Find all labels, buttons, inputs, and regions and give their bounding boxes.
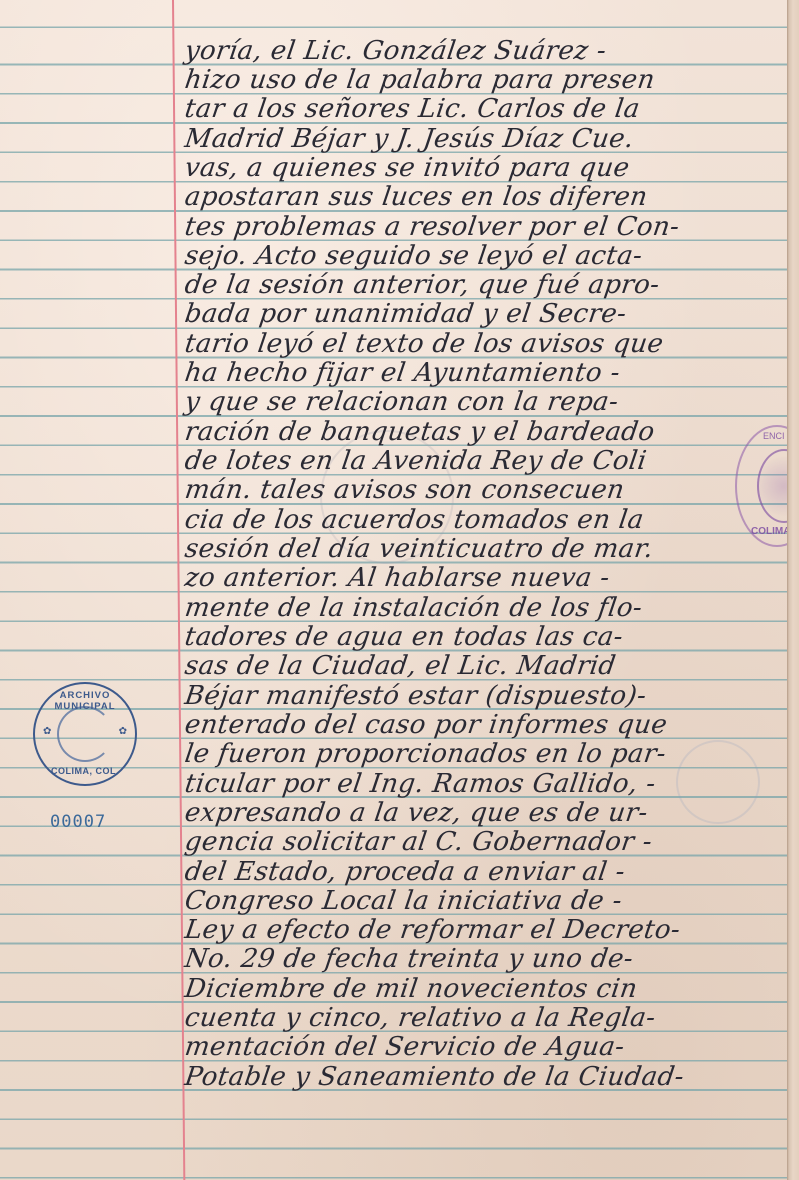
text-line: y que se relacionan con la repa-	[183, 387, 620, 417]
text-line: yoría, el Lic. González Suárez -	[183, 36, 608, 66]
text-line: gencia solicitar al C. Gobernador -	[183, 827, 654, 857]
text-line: vas, a quienes se invitó para que	[183, 153, 632, 183]
text-line: sas de la Ciudad, el Lic. Madrid	[183, 651, 618, 681]
text-line: cia de los acuerdos tomados en la	[183, 505, 646, 535]
text-line: sejo. Acto seguido se leyó el acta-	[183, 241, 645, 271]
text-line: tario leyó el texto de los avisos que	[183, 329, 666, 359]
text-line: tar a los señores Lic. Carlos de la	[183, 94, 642, 124]
flower-icon: ✿	[119, 726, 127, 737]
text-line: bada por unanimidad y el Secre-	[183, 299, 629, 329]
folio-number: 00007	[50, 812, 106, 832]
stamp-bottom-text: COLIMA, COL.	[35, 766, 135, 776]
text-line: Madrid Béjar y J. Jesús Díaz Cue.	[183, 124, 636, 154]
text-line: mentación del Servicio de Agua-	[183, 1032, 627, 1062]
text-line: Potable y Saneamiento de la Ciudad-	[183, 1062, 686, 1092]
text-line: tes problemas a resolver por el Con-	[183, 212, 682, 242]
text-line: hizo uso de la palabra para presen	[183, 65, 657, 95]
seal-top-text: ENCI	[763, 431, 785, 441]
text-line: de la sesión anterior, que fué apro-	[183, 270, 662, 300]
text-line: de lotes en la Avenida Rey de Coli	[183, 446, 649, 476]
text-line: apostaran sus luces en los diferen	[183, 182, 650, 212]
text-line: del Estado, proceda a enviar al -	[183, 857, 627, 887]
notebook-page: ARCHIVO MUNICIPAL ✿ ✿ COLIMA, COL. 00007…	[0, 0, 799, 1180]
text-line: Ley a efecto de reformar el Decreto-	[183, 915, 682, 945]
text-line: tadores de agua en todas las ca-	[183, 622, 625, 652]
stamp-inner-ring	[57, 706, 113, 762]
text-line: Béjar manifestó estar (dispuesto)-	[183, 681, 648, 711]
text-line: No. 29 de fecha treinta y uno de-	[183, 944, 635, 974]
text-line: sesión del día veinticuatro de mar.	[183, 534, 655, 564]
bleed-through-stamp	[676, 740, 760, 824]
flower-icon: ✿	[43, 726, 51, 737]
page-edge	[787, 0, 799, 1180]
text-line: cuenta y cinco, relativo a la Regla-	[183, 1003, 658, 1033]
text-line: ha hecho fijar el Ayuntamiento -	[183, 358, 622, 388]
text-line: Diciembre de mil novecientos cin	[183, 974, 639, 1004]
text-line: zo anterior. Al hablarse nueva -	[183, 563, 612, 593]
archivo-municipal-stamp: ARCHIVO MUNICIPAL ✿ ✿ COLIMA, COL.	[33, 682, 137, 786]
text-line: ticular por el Ing. Ramos Gallido, -	[183, 769, 658, 799]
text-line: mente de la instalación de los flo-	[183, 593, 644, 623]
text-line: expresando a la vez, que es de ur-	[183, 798, 650, 828]
text-line: Congreso Local la iniciativa de -	[183, 886, 624, 916]
stamp-top-text: ARCHIVO MUNICIPAL	[35, 690, 135, 712]
text-line: mán. tales avisos son consecuen	[183, 475, 627, 505]
text-line: ración de banquetas y el bardeado	[183, 417, 657, 447]
text-line: le fueron proporcionados en lo par-	[183, 739, 668, 769]
text-line: enterado del caso por informes que	[183, 710, 669, 740]
